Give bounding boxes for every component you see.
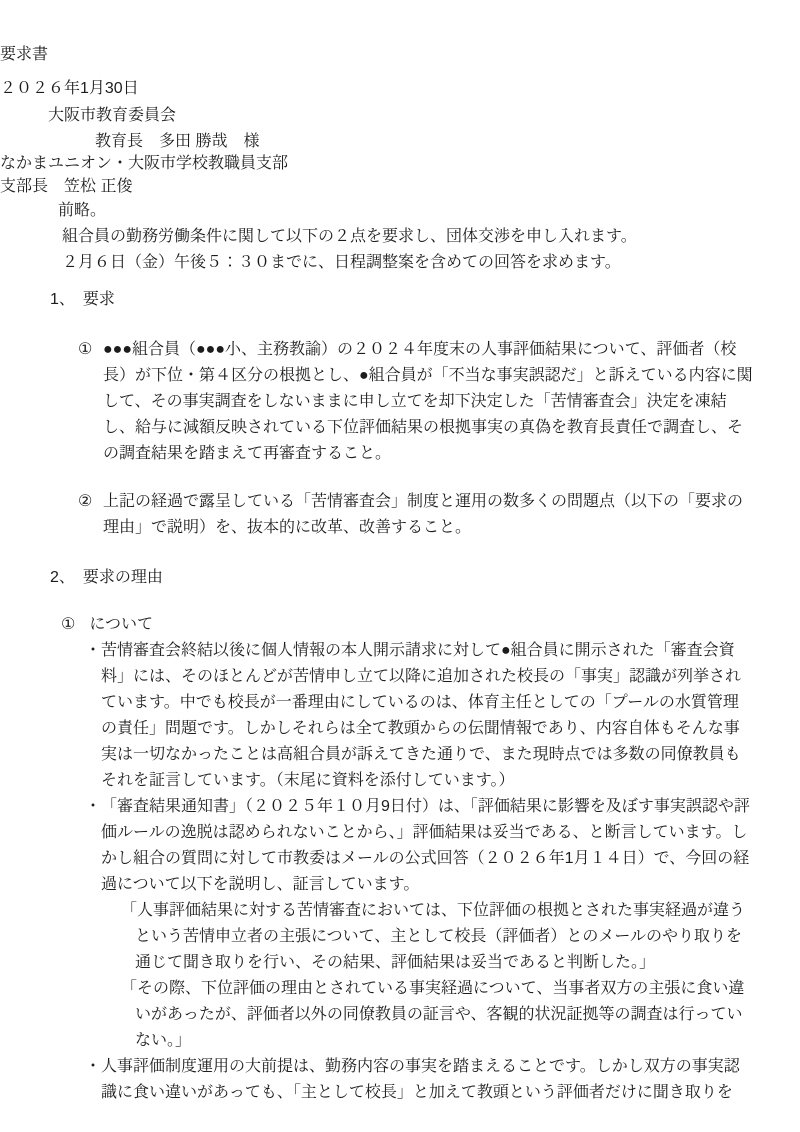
reason-subheading-text: について	[89, 616, 153, 633]
demand-item-1: ① ●●●組合員（●●●小、主務教諭）の２０２４年度末の人事評価結果について、評…	[78, 337, 755, 467]
section1-heading: 1、 要求	[50, 287, 800, 313]
reason-bullet-2: ・ 「審査結果通知書」（２０２５年１０月9日付）は、「評価結果に影響を及ぼす事実…	[85, 794, 754, 898]
doc-title: 要求書	[0, 42, 724, 68]
reason-bullet-1-text: 苦情審査会終結以後に個人情報の本人開示請求に対して●組合員に開示された「審査会資…	[101, 642, 741, 789]
reason-bullet-1: ・ 苦情審査会終結以後に個人情報の本人開示請求に対して●組合員に開示された「審査…	[85, 638, 754, 794]
reason-bullet-3: ・ 人事評価制度運用の大前提は、勤務内容の事実を踏まえることです。しかし双方の事…	[85, 1054, 754, 1106]
quote-paragraph-1: 「人事評価結果に対する苦情審査においては、下位評価の根拠とされた事実経過が違うと…	[135, 898, 755, 976]
reason-bullet-3-text: 人事評価制度運用の大前提は、勤務内容の事実を踏まえることです。しかし双方の事実認…	[101, 1058, 740, 1101]
recipient-org: 大阪市教育委員会	[48, 103, 800, 129]
sender-name: 支部長 笠松 正俊	[0, 174, 755, 200]
opening-greeting: 前略。	[58, 198, 800, 224]
reason-subheading: ①について	[61, 612, 800, 638]
demand-item-1-marker: ①	[78, 337, 92, 363]
reason-bullet-1-marker: ・	[85, 638, 101, 664]
intro-paragraph-2: ２月６日（金）午後５：３０までに、日程調整案を含めての回答を求めます。	[62, 250, 754, 276]
doc-date: ２０２６年1月30日	[0, 76, 744, 102]
section2-heading: 2、 要求の理由	[50, 565, 800, 591]
reason-subheading-marker: ①	[61, 616, 75, 633]
reason-bullet-2-marker: ・	[85, 794, 101, 820]
intro-paragraph-1: 組合員の勤務労働条件に関して以下の２点を要求し、団体交渉を申し入れます。	[62, 224, 754, 250]
reason-bullet-2-text: 「審査結果通知書」（２０２５年１０月9日付）は、「評価結果に影響を及ぼす事実誤認…	[101, 798, 750, 893]
document-page: 要求書 ２０２６年1月30日 大阪市教育委員会 教育長 多田 勝哉 様 なかまユ…	[0, 0, 800, 1132]
demand-item-2: ② 上記の経過で露呈している「苦情審査会」制度と運用の数多くの問題点（以下の「要…	[78, 489, 755, 541]
reason-bullet-3-marker: ・	[85, 1054, 101, 1080]
demand-item-2-marker: ②	[78, 489, 92, 515]
demand-item-1-text: ●●●組合員（●●●小、主務教諭）の２０２４年度末の人事評価結果について、評価者…	[103, 341, 753, 462]
quote-paragraph-2: 「その際、下位評価の理由とされている事実経過について、当事者双方の主張に食い違い…	[135, 976, 755, 1054]
demand-item-2-text: 上記の経過で露呈している「苦情審査会」制度と運用の数多くの問題点（以下の「要求の…	[103, 493, 743, 536]
